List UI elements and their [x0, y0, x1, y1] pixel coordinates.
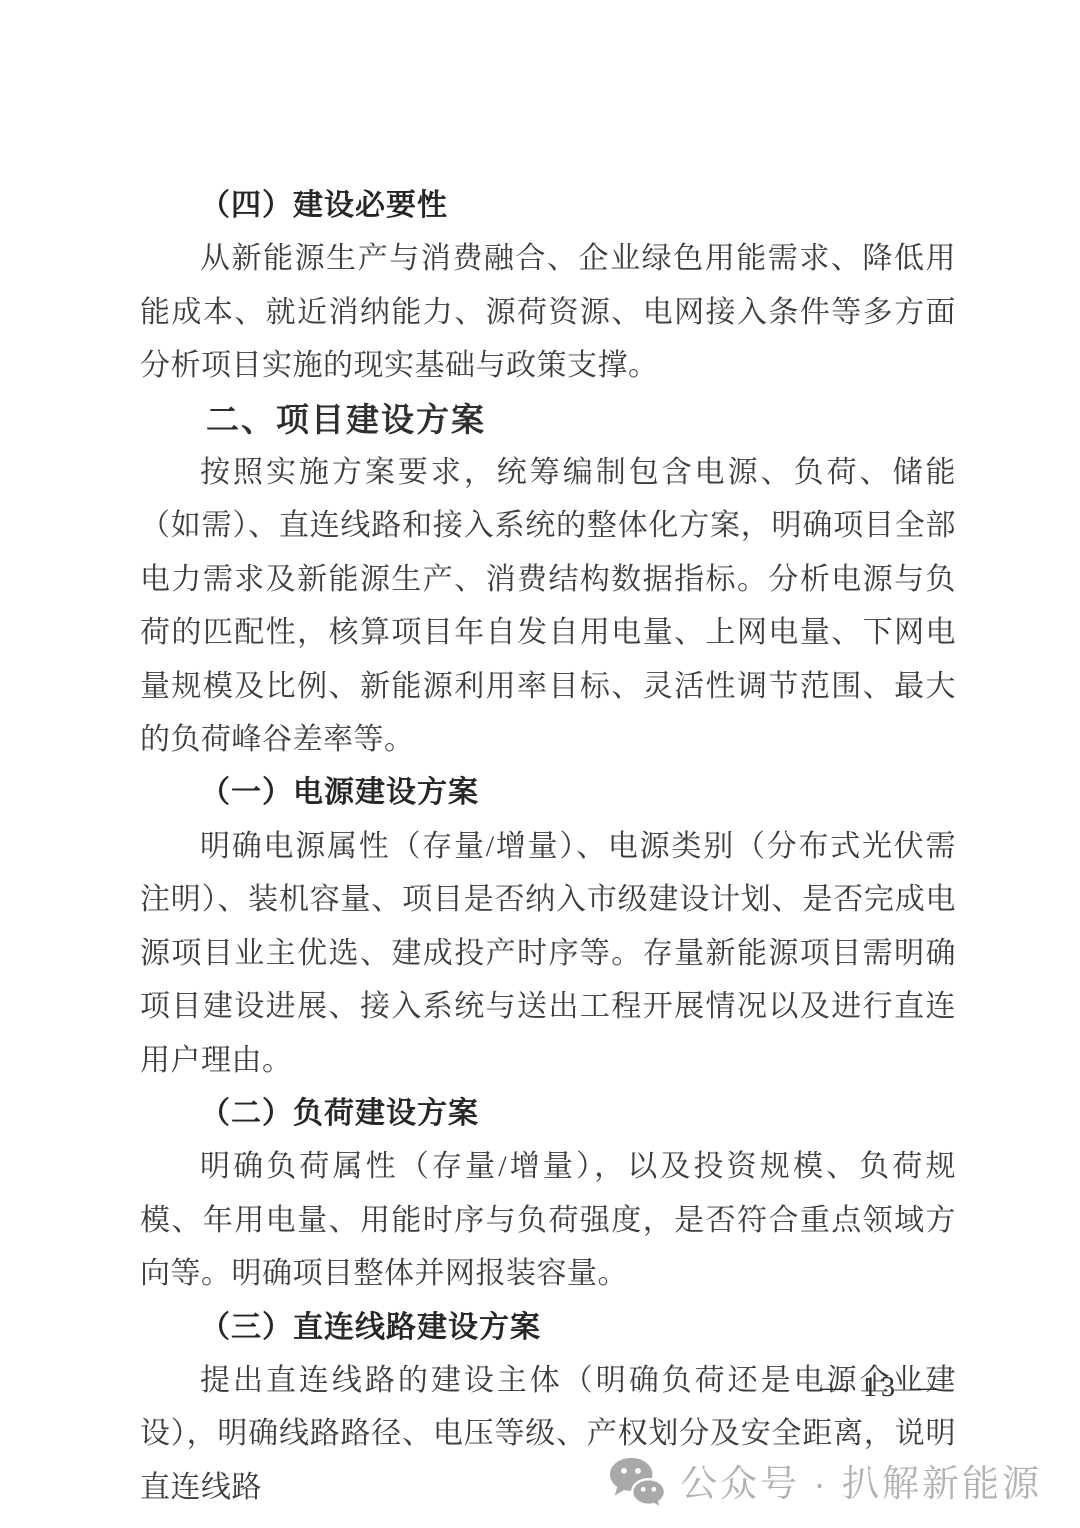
- para-power-plan: 明确电源属性（存量/增量）、电源类别（分布式光伏需注明）、装机容量、项目是否纳入…: [140, 820, 956, 1087]
- para-load-plan: 明确负荷属性（存量/增量），以及投资规模、负荷规模、年用电量、用能时序与负荷强度…: [140, 1140, 956, 1300]
- document-body: （四）建设必要性 从新能源生产与消费融合、企业绿色用能需求、降低用能成本、就近消…: [140, 179, 956, 1514]
- heading-power-plan: （一）电源建设方案: [140, 766, 956, 819]
- heading-necessity: （四）建设必要性: [140, 179, 956, 232]
- heading-direct-line-plan: （三）直连线路建设方案: [140, 1301, 956, 1354]
- wechat-icon: [608, 1456, 666, 1510]
- watermark: 公众号 · 扒解新能源: [608, 1456, 1042, 1510]
- para-necessity: 从新能源生产与消费融合、企业绿色用能需求、降低用能成本、就近消纳能力、源荷资源、…: [140, 232, 956, 392]
- para-project-plan: 按照实施方案要求，统筹编制包含电源、负荷、储能（如需）、直连线路和接入系统的整体…: [140, 446, 956, 766]
- document-page: （四）建设必要性 从新能源生产与消费融合、企业绿色用能需求、降低用能成本、就近消…: [0, 0, 1080, 1528]
- watermark-text: 公众号 · 扒解新能源: [680, 1465, 1042, 1502]
- page-number: — 13 —: [820, 1372, 942, 1404]
- heading-load-plan: （二）负荷建设方案: [140, 1087, 956, 1140]
- heading-project-plan: 二、项目建设方案: [140, 393, 956, 446]
